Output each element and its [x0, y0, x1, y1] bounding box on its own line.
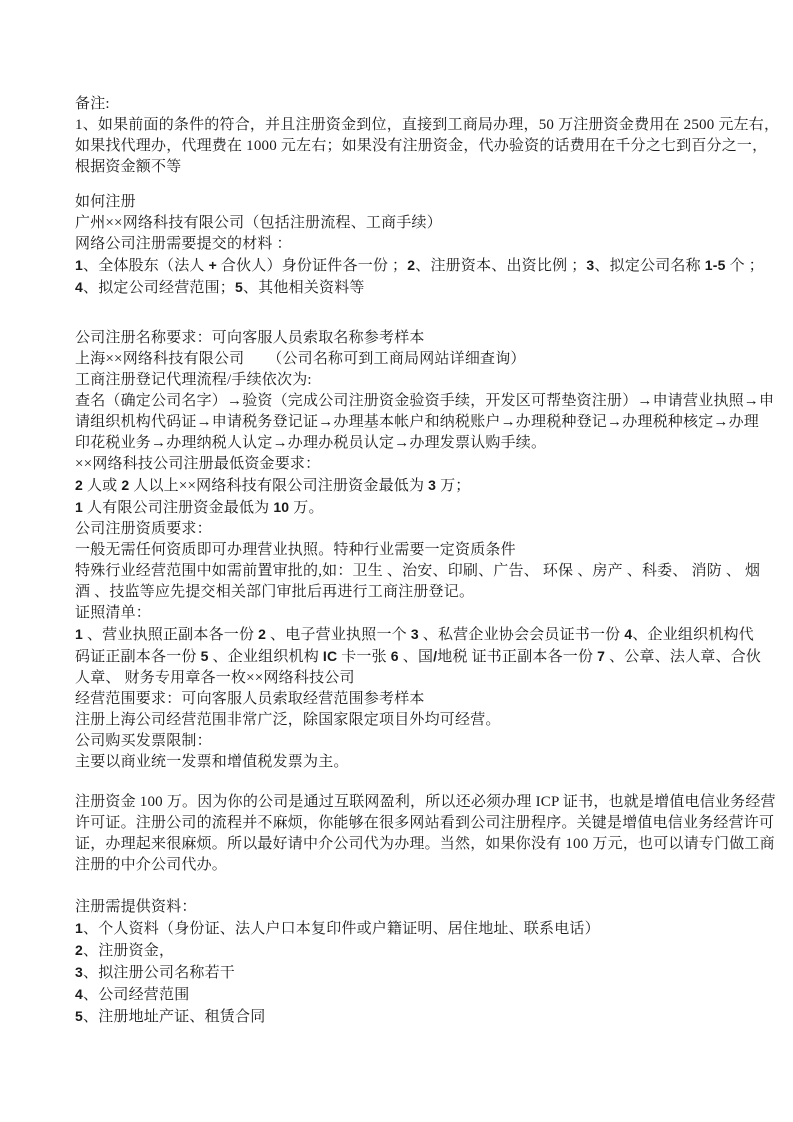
latin-run: 1	[75, 117, 83, 133]
text-line: 1 、营业执照正副本各一份 2 、电子营业执照一个 3 、私营企业协会会员证书一…	[75, 624, 749, 646]
latin-run: 2	[75, 477, 83, 493]
text-line: 经营范围要求：可向客服人员索取经营范围参考样本	[75, 689, 749, 710]
latin-run: 1	[75, 257, 83, 273]
latin-run: 1	[75, 626, 83, 642]
section-gap	[75, 299, 749, 328]
text-line: 广州××网络科技有限公司（包括注册流程、工商手续）	[75, 213, 749, 234]
text-line: 印花税业务→办理纳税人认定→办理办税员认定→办理发票认购手续。	[75, 433, 749, 454]
latin-run: 1	[75, 920, 83, 936]
text-line: 1 人有限公司注册资金最低为 10 万。	[75, 497, 749, 519]
latin-run: 1	[75, 499, 83, 515]
latin-run: 2500	[684, 117, 715, 133]
text-line: 4、公司经营范围	[75, 984, 749, 1006]
text-line: 注册的中介公司代办。	[75, 855, 749, 876]
latin-run: 3	[428, 477, 436, 493]
text-line: 公司注册名称要求：可向客服人员索取名称参考样本	[75, 328, 749, 349]
text-line: 酒 、技监等应先提交相关部门审批后再进行工商注册登记。	[75, 582, 749, 603]
latin-run: 5	[235, 279, 243, 295]
document-page: 备注:1、如果前面的条件的符合，并且注册资金到位，直接到工商局办理，50 万注册…	[0, 0, 793, 1122]
text-line: 如果找代理办，代理费在 1000 元左右；如果没有注册资金，代办验资的话费用在千…	[75, 136, 749, 157]
latin-run: 100	[565, 836, 588, 852]
section-gap	[75, 178, 749, 192]
section-gap	[75, 773, 749, 792]
text-line: 1、如果前面的条件的符合，并且注册资金到位，直接到工商局办理，50 万注册资金费…	[75, 115, 749, 136]
latin-run: 3	[75, 964, 83, 980]
text-line: 备注:	[75, 94, 749, 115]
text-line: 注册需提供资料：	[75, 897, 749, 918]
text-line: 根据资金额不等	[75, 157, 749, 178]
latin-run: 3	[411, 626, 419, 642]
text-line: 主要以商业统一发票和增值税发票为主。	[75, 752, 749, 773]
text-line: 请组织机构代码证→申请税务登记证→办理基本帐户和纳税账户→办理税种登记→办理税种…	[75, 412, 749, 433]
text-line: 公司注册资质要求：	[75, 519, 749, 540]
text-line: 一般无需任何资质即可办理营业执照。特种行业需要一定资质条件	[75, 540, 749, 561]
text-line: 网络公司注册需要提交的材料 ：	[75, 234, 749, 255]
latin-run: 10	[273, 499, 289, 515]
text-line: 查名（确定公司名字）→验资（完成公司注册资金验资手续，开发区可帮垫资注册）→申请…	[75, 391, 749, 412]
text-line: 2 人或 2 人以上××网络科技有限公司注册资金最低为 3 万；	[75, 475, 749, 497]
text-line: 公司购买发票限制：	[75, 731, 749, 752]
text-line: 上海××网络科技有限公司 （公司名称可到工商局网站详细查询）	[75, 349, 749, 370]
text-line: 人章、 财务专用章各一枚××网络科技公司	[75, 668, 749, 689]
text-line: 注册上海公司经营范围非常广泛，除国家限定项目外均可经营。	[75, 710, 749, 731]
latin-run: 6	[391, 648, 399, 664]
text-line: 3、拟注册公司名称若干	[75, 962, 749, 984]
latin-run: 4	[75, 279, 83, 295]
latin-run: 5	[201, 648, 209, 664]
section-gap	[75, 876, 749, 897]
latin-run: 100	[140, 794, 163, 810]
text-line: 证，办理起来很麻烦。所以最好请中介公司代为办理。当然，如果你没有 100 万元，…	[75, 834, 749, 855]
latin-run: 1000	[246, 138, 277, 154]
latin-run: IC	[323, 648, 337, 664]
latin-run: /	[433, 648, 437, 664]
latin-run: 4	[624, 626, 632, 642]
latin-run: 4	[75, 986, 83, 1002]
text-line: 码证正副本各一份 5 、企业组织机构 IC 卡一张 6 、国/地税 证书正副本各…	[75, 646, 749, 668]
text-line: 4、拟定公司经营范围；5、其他相关资料等	[75, 277, 749, 299]
text-line: 许可证。注册公司的流程并不麻烦，你能够在很多网站看到公司注册程序。关键是增值电信…	[75, 813, 749, 834]
latin-run: 1-5	[705, 257, 726, 273]
latin-run: +	[209, 257, 217, 273]
text-line: 1、个人资料（身份证、法人户口本复印件或户籍证明、居住地址、联系电话）	[75, 918, 749, 940]
text-line: 工商注册登记代理流程/手续依次为:	[75, 370, 749, 391]
latin-run: 2	[121, 477, 129, 493]
text-line: 2、注册资金，	[75, 940, 749, 962]
text-line: ××网络科技公司注册最低资金要求：	[75, 454, 749, 475]
text-line: 注册资金 100 万。因为你的公司是通过互联网盈利，所以还必须办理 ICP 证书…	[75, 792, 749, 813]
text-line: 特殊行业经营范围中如需前置审批的,如：卫生 、治安、印刷、广告、 环保 、房产 …	[75, 561, 749, 582]
text-line: 1、全体股东（法人 + 合伙人）身份证件各一份 ；2、注册资本、出资比例 ；3、…	[75, 255, 749, 277]
text-line: 5、注册地址产证、租赁合同	[75, 1006, 749, 1028]
latin-run: /	[227, 372, 231, 388]
latin-run: 2	[258, 626, 266, 642]
latin-run: 2	[407, 257, 415, 273]
latin-run: 3	[586, 257, 594, 273]
latin-run: ICP	[536, 794, 559, 810]
latin-run: 2	[75, 942, 83, 958]
latin-run: 7	[597, 648, 605, 664]
latin-run: 5	[75, 1008, 83, 1024]
text-line: 证照清单：	[75, 603, 749, 624]
text-line: 如何注册	[75, 192, 749, 213]
latin-run: 50	[539, 117, 554, 133]
